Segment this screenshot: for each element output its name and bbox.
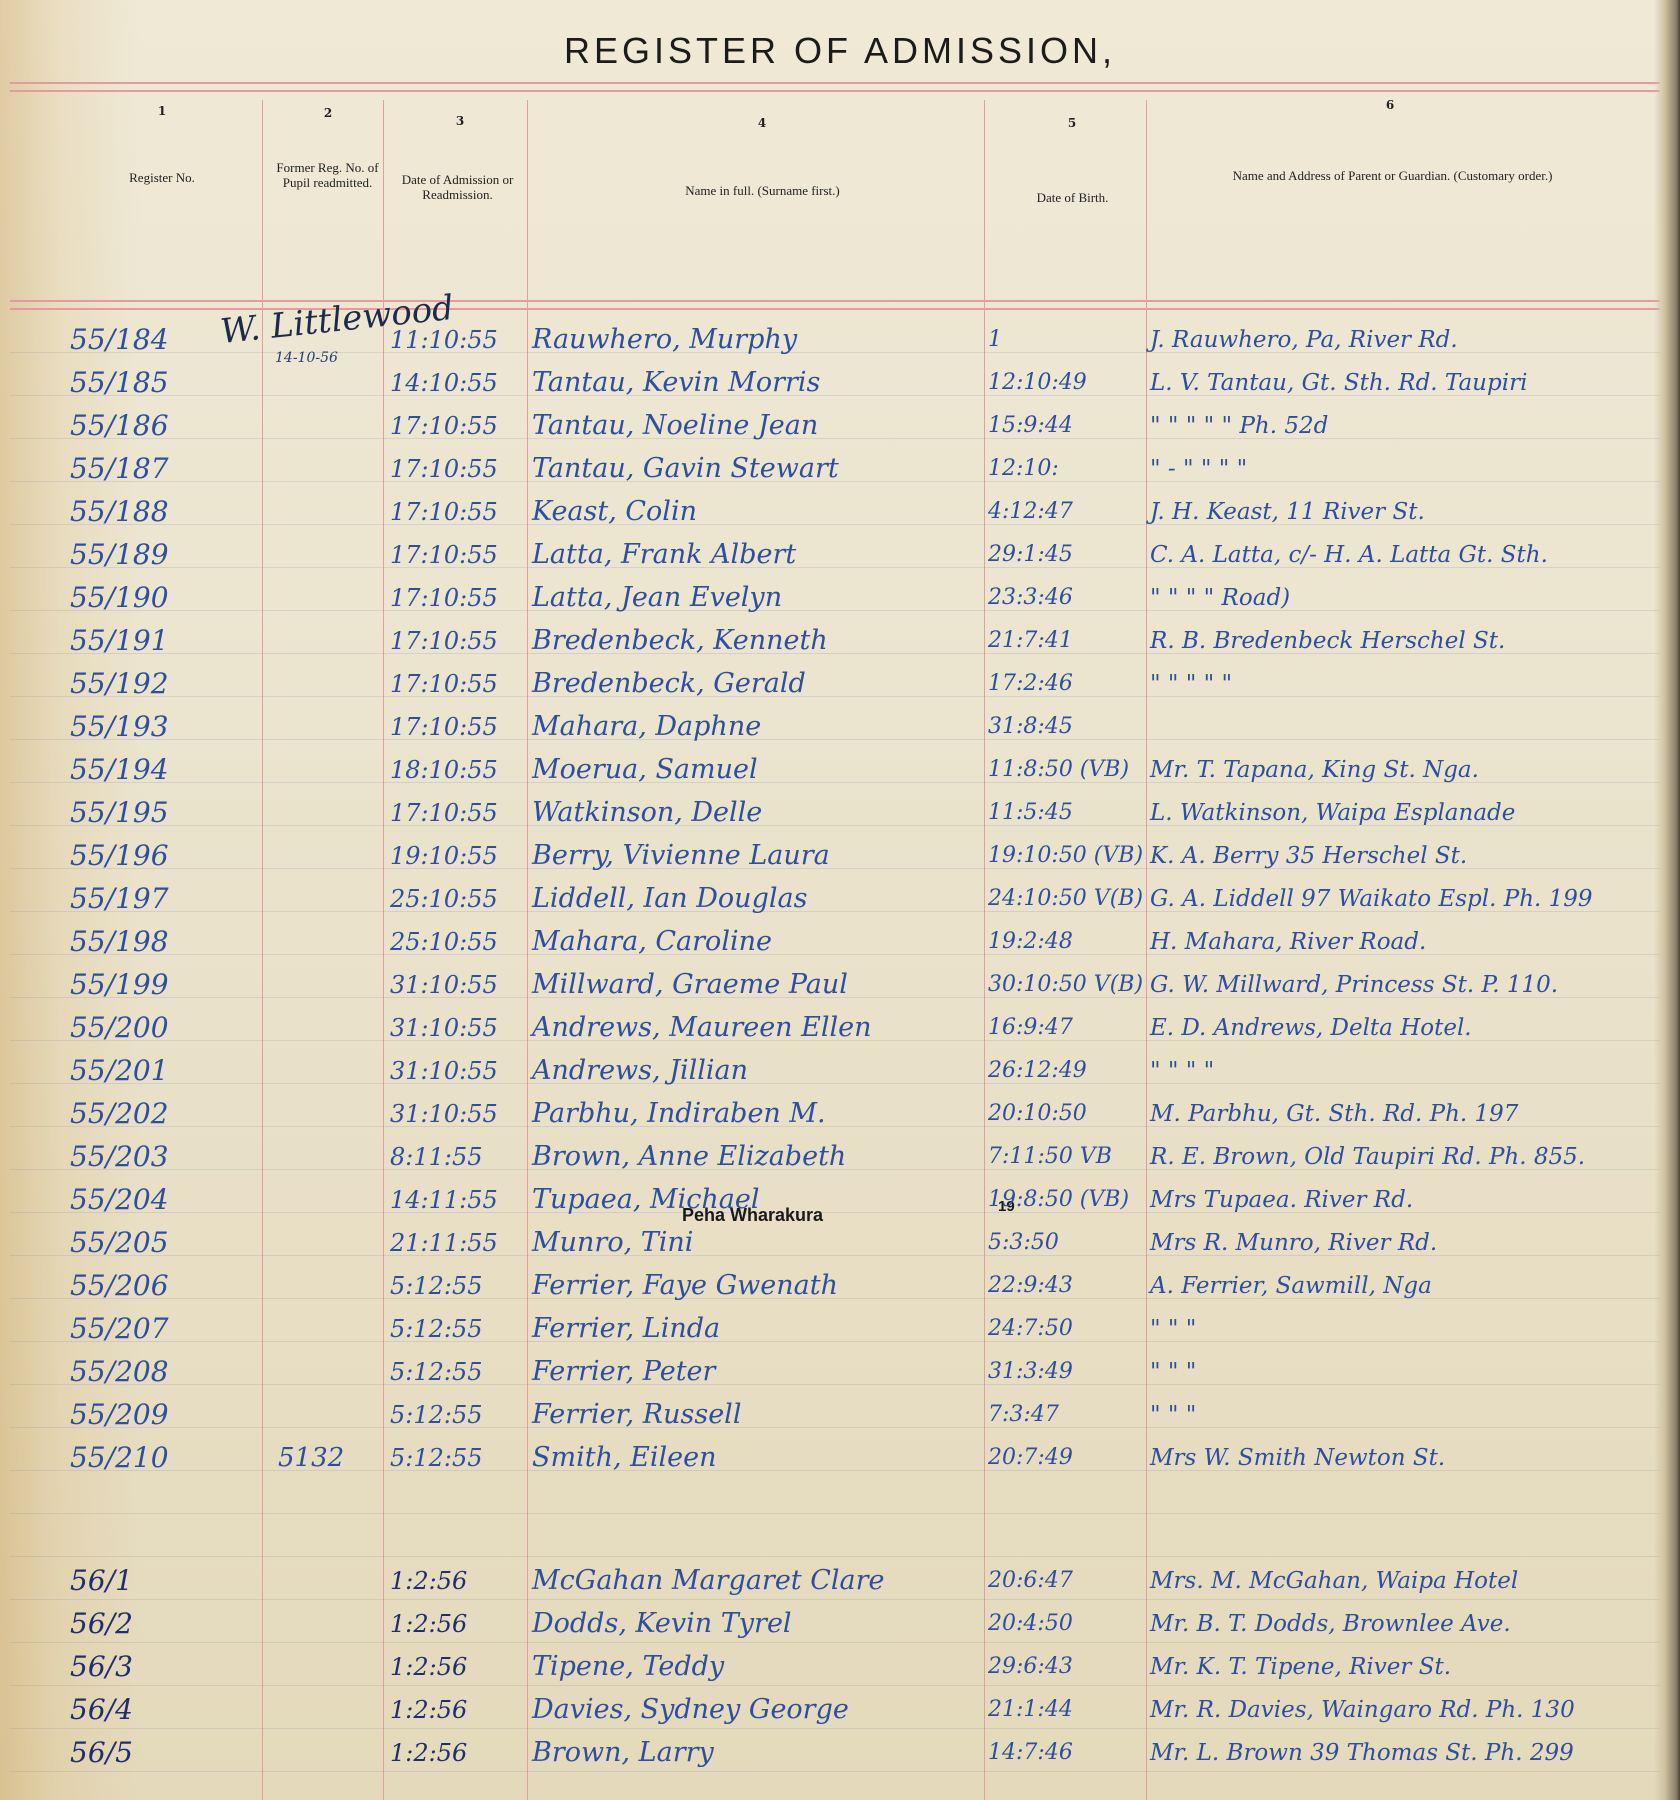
admission-date: 5:12:55 (390, 1400, 483, 1430)
parent-guardian: " " " " " Ph. 52d (1150, 411, 1328, 441)
pupil-name: Tantau, Noeline Jean (532, 411, 818, 441)
parent-guardian: Mrs Tupaea. River Rd. (1150, 1185, 1413, 1215)
parent-guardian: R. B. Bredenbeck Herschel St. (1150, 626, 1505, 656)
admission-date: 17:10:55 (390, 540, 498, 570)
pupil-name: Tupaea, Michael (532, 1185, 760, 1215)
register-number: 56/4 (70, 1695, 133, 1725)
register-number: 55/192 (70, 669, 169, 699)
admission-date: 5:12:55 (390, 1443, 483, 1473)
admission-date: 5:12:55 (390, 1357, 483, 1387)
pupil-name: Watkinson, Delle (532, 798, 762, 828)
parent-guardian: R. E. Brown, Old Taupiri Rd. Ph. 855. (1150, 1142, 1585, 1172)
column-header-date-of-birth: Date of Birth. (1005, 190, 1140, 205)
date-of-birth: 31:8:45 (988, 712, 1073, 742)
date-of-birth: 21:7:41 (988, 626, 1073, 656)
date-of-birth: 7:11:50 VB (988, 1142, 1112, 1172)
register-number: 55/185 (70, 368, 169, 398)
admission-date: 31:10:55 (390, 1056, 498, 1086)
pupil-name: Davies, Sydney George (532, 1695, 849, 1725)
date-of-birth: 7:3:47 (988, 1400, 1059, 1430)
date-of-birth: 23:3:46 (988, 583, 1073, 613)
register-number: 55/209 (70, 1400, 169, 1430)
register-number: 55/205 (70, 1228, 169, 1258)
admission-date: 17:10:55 (390, 626, 498, 656)
pupil-name: Mahara, Daphne (532, 712, 761, 742)
register-number: 55/202 (70, 1099, 169, 1129)
parent-guardian: " " " " (1150, 1056, 1214, 1086)
column-header-date-of-admission: Date of Admission or Readmission. (395, 172, 520, 202)
register-number: 55/195 (70, 798, 169, 828)
date-of-birth: 30:10:50 V(B) (988, 970, 1143, 1000)
parent-guardian: H. Mahara, River Road. (1150, 927, 1426, 957)
date-of-birth: 5:3:50 (988, 1228, 1059, 1258)
register-number: 55/210 (70, 1443, 169, 1473)
parent-guardian: L. Watkinson, Waipa Esplanade (1150, 798, 1515, 828)
header-top-rule (10, 82, 1660, 92)
date-of-birth: 19:2:48 (988, 927, 1073, 957)
pupil-name: Mahara, Caroline (532, 927, 772, 957)
admission-date: 17:10:55 (390, 454, 498, 484)
admission-date: 17:10:55 (390, 669, 498, 699)
date-of-birth: 12:10: (988, 454, 1059, 484)
parent-guardian: " " " " Road) (1150, 583, 1290, 613)
register-number: 55/196 (70, 841, 169, 871)
column-header-register-no: Register No. (112, 170, 212, 185)
column-number: 1 (152, 104, 172, 118)
admission-date: 21:11:55 (390, 1228, 498, 1258)
pupil-name: Brown, Anne Elizabeth (532, 1142, 846, 1172)
admission-date: 5:12:55 (390, 1271, 483, 1301)
register-number: 55/199 (70, 970, 169, 1000)
date-of-birth: 26:12:49 (988, 1056, 1087, 1086)
date-of-birth: 19:10:50 (VB) (988, 841, 1143, 871)
signature-date: 14-10-56 (275, 350, 338, 366)
date-of-birth: 22:9:43 (988, 1271, 1073, 1301)
admission-date: 17:10:55 (390, 411, 498, 441)
parent-guardian: E. D. Andrews, Delta Hotel. (1150, 1013, 1472, 1043)
pupil-name: Parbhu, Indiraben M. (532, 1099, 826, 1129)
parent-guardian: Mr. L. Brown 39 Thomas St. Ph. 299 (1150, 1738, 1574, 1768)
date-of-birth: 20:4:50 (988, 1609, 1073, 1639)
pupil-name: Munro, Tini (532, 1228, 693, 1258)
admission-date: 8:11:55 (390, 1142, 483, 1172)
register-number: 56/1 (70, 1566, 133, 1596)
register-number: 55/190 (70, 583, 169, 613)
admission-date: 31:10:55 (390, 1013, 498, 1043)
parent-guardian: C. A. Latta, c/- H. A. Latta Gt. Sth. (1150, 540, 1548, 570)
admission-date: 17:10:55 (390, 712, 498, 742)
register-number: 55/203 (70, 1142, 169, 1172)
pupil-name: Berry, Vivienne Laura (532, 841, 830, 871)
admission-date: 11:10:55 (390, 325, 498, 355)
register-number: 55/206 (70, 1271, 169, 1301)
register-number: 55/198 (70, 927, 169, 957)
register-number: 55/187 (70, 454, 169, 484)
date-of-birth: 19:8:50 (VB) (988, 1185, 1129, 1215)
date-of-birth: 20:7:49 (988, 1443, 1073, 1473)
date-of-birth: 14:7:46 (988, 1738, 1073, 1768)
parent-guardian: Mr. T. Tapana, King St. Nga. (1150, 755, 1479, 785)
date-of-birth: 11:5:45 (988, 798, 1073, 828)
register-number: 55/186 (70, 411, 169, 441)
admission-date: 19:10:55 (390, 841, 498, 871)
admission-date: 25:10:55 (390, 884, 498, 914)
pupil-name: Dodds, Kevin Tyrel (532, 1609, 792, 1639)
column-header-parent-guardian: Name and Address of Parent or Guardian. … (1220, 168, 1565, 183)
parent-guardian: Mrs R. Munro, River Rd. (1150, 1228, 1437, 1258)
parent-guardian: L. V. Tantau, Gt. Sth. Rd. Taupiri (1150, 368, 1527, 398)
parent-guardian: Mr. B. T. Dodds, Brownlee Ave. (1150, 1609, 1511, 1639)
register-number: 55/194 (70, 755, 169, 785)
register-number: 55/193 (70, 712, 169, 742)
date-of-birth: 24:7:50 (988, 1314, 1073, 1344)
pupil-name: Bredenbeck, Kenneth (532, 626, 828, 656)
admission-date: 1:2:56 (390, 1609, 467, 1639)
register-number: 55/189 (70, 540, 169, 570)
admission-date: 1:2:56 (390, 1695, 467, 1725)
parent-guardian: M. Parbhu, Gt. Sth. Rd. Ph. 197 (1150, 1099, 1518, 1129)
pupil-name: Liddell, Ian Douglas (532, 884, 807, 914)
register-number: 55/207 (70, 1314, 169, 1344)
admission-date: 1:2:56 (390, 1738, 467, 1768)
pupil-name: Andrews, Maureen Ellen (532, 1013, 872, 1043)
parent-guardian: " " " " " (1150, 669, 1232, 699)
register-number: 56/5 (70, 1738, 133, 1768)
register-number: 55/204 (70, 1185, 169, 1215)
pupil-name: Rauwhero, Murphy (532, 325, 797, 355)
pupil-name: Smith, Eileen (532, 1443, 716, 1473)
parent-guardian: " " " (1150, 1314, 1196, 1344)
date-of-birth: 29:6:43 (988, 1652, 1073, 1682)
parent-guardian: " " " (1150, 1400, 1196, 1430)
date-of-birth: 29:1:45 (988, 540, 1073, 570)
register-number: 55/200 (70, 1013, 169, 1043)
parent-guardian: Mrs. M. McGahan, Waipa Hotel (1150, 1566, 1518, 1596)
date-of-birth: 15:9:44 (988, 411, 1073, 441)
pupil-name: Latta, Frank Albert (532, 540, 796, 570)
parent-guardian: Mr. R. Davies, Waingaro Rd. Ph. 130 (1150, 1695, 1575, 1725)
register-number: 55/197 (70, 884, 169, 914)
admission-date: 5:12:55 (390, 1314, 483, 1344)
former-reg-number: 5132 (278, 1443, 344, 1473)
admission-date: 31:10:55 (390, 1099, 498, 1129)
parent-guardian: K. A. Berry 35 Herschel St. (1150, 841, 1467, 871)
pupil-name: Ferrier, Peter (532, 1357, 715, 1387)
pupil-name: Brown, Larry (532, 1738, 714, 1768)
register-number: 55/188 (70, 497, 169, 527)
date-of-birth: 21:1:44 (988, 1695, 1073, 1725)
admission-date: 1:2:56 (390, 1652, 467, 1682)
admission-date: 18:10:55 (390, 755, 498, 785)
register-number: 55/201 (70, 1056, 169, 1086)
admission-date: 14:11:55 (390, 1185, 498, 1215)
column-number: 3 (450, 114, 470, 128)
pupil-name: Andrews, Jillian (532, 1056, 748, 1086)
register-number: 55/191 (70, 626, 169, 656)
register-number: 56/2 (70, 1609, 133, 1639)
pupil-name: Tipene, Teddy (532, 1652, 724, 1682)
pupil-name: Ferrier, Faye Gwenath (532, 1271, 838, 1301)
parent-guardian: " - " " " " (1150, 454, 1247, 484)
parent-guardian: J. H. Keast, 11 River St. (1150, 497, 1425, 527)
parent-guardian: G. W. Millward, Princess St. P. 110. (1150, 970, 1558, 1000)
register-number: 56/3 (70, 1652, 133, 1682)
date-of-birth: 11:8:50 (VB) (988, 755, 1129, 785)
date-of-birth: 1 (988, 325, 1002, 355)
date-of-birth: 24:10:50 V(B) (988, 884, 1143, 914)
column-number: 2 (318, 106, 338, 120)
admission-date: 25:10:55 (390, 927, 498, 957)
admission-date: 14:10:55 (390, 368, 498, 398)
register-number: 55/208 (70, 1357, 169, 1387)
date-of-birth: 12:10:49 (988, 368, 1087, 398)
date-of-birth: 20:6:47 (988, 1566, 1073, 1596)
admission-date: 31:10:55 (390, 970, 498, 1000)
date-of-birth: 4:12:47 (988, 497, 1073, 527)
pupil-name: Latta, Jean Evelyn (532, 583, 782, 613)
admission-date: 17:10:55 (390, 798, 498, 828)
register-page: REGISTER OF ADMISSION, 1 2 3 4 5 6 Regis… (0, 0, 1680, 1800)
column-number: 6 (1380, 98, 1400, 112)
column-header-name-in-full: Name in full. (Surname first.) (680, 183, 845, 198)
parent-guardian: Mr. K. T. Tipene, River St. (1150, 1652, 1451, 1682)
admission-date: 1:2:56 (390, 1566, 467, 1596)
parent-guardian: G. A. Liddell 97 Waikato Espl. Ph. 199 (1150, 884, 1593, 914)
column-header-former-reg-no: Former Reg. No. of Pupil readmitted. (275, 160, 380, 190)
pupil-name: McGahan Margaret Clare (532, 1566, 885, 1596)
pupil-name: Bredenbeck, Gerald (532, 669, 806, 699)
admission-date: 17:10:55 (390, 583, 498, 613)
parent-guardian: A. Ferrier, Sawmill, Nga (1150, 1271, 1432, 1301)
date-of-birth: 17:2:46 (988, 669, 1073, 699)
column-number: 4 (752, 116, 772, 130)
parent-guardian: " " " (1150, 1357, 1196, 1387)
pupil-name: Ferrier, Russell (532, 1400, 741, 1430)
column-number: 5 (1062, 116, 1082, 130)
date-of-birth: 16:9:47 (988, 1013, 1073, 1043)
pupil-name: Tantau, Gavin Stewart (532, 454, 839, 484)
pupil-name: Moerua, Samuel (532, 755, 758, 785)
register-number: 55/184 (70, 325, 169, 355)
pupil-name: Millward, Graeme Paul (532, 970, 848, 1000)
pupil-name: Ferrier, Linda (532, 1314, 720, 1344)
parent-guardian: Mrs W. Smith Newton St. (1150, 1443, 1445, 1473)
pupil-name: Keast, Colin (532, 497, 697, 527)
parent-guardian: J. Rauwhero, Pa, River Rd. (1150, 325, 1458, 355)
pupil-name: Tantau, Kevin Morris (532, 368, 820, 398)
date-of-birth: 31:3:49 (988, 1357, 1073, 1387)
date-of-birth: 20:10:50 (988, 1099, 1087, 1129)
page-title: REGISTER OF ADMISSION, (0, 30, 1680, 72)
admission-date: 17:10:55 (390, 497, 498, 527)
